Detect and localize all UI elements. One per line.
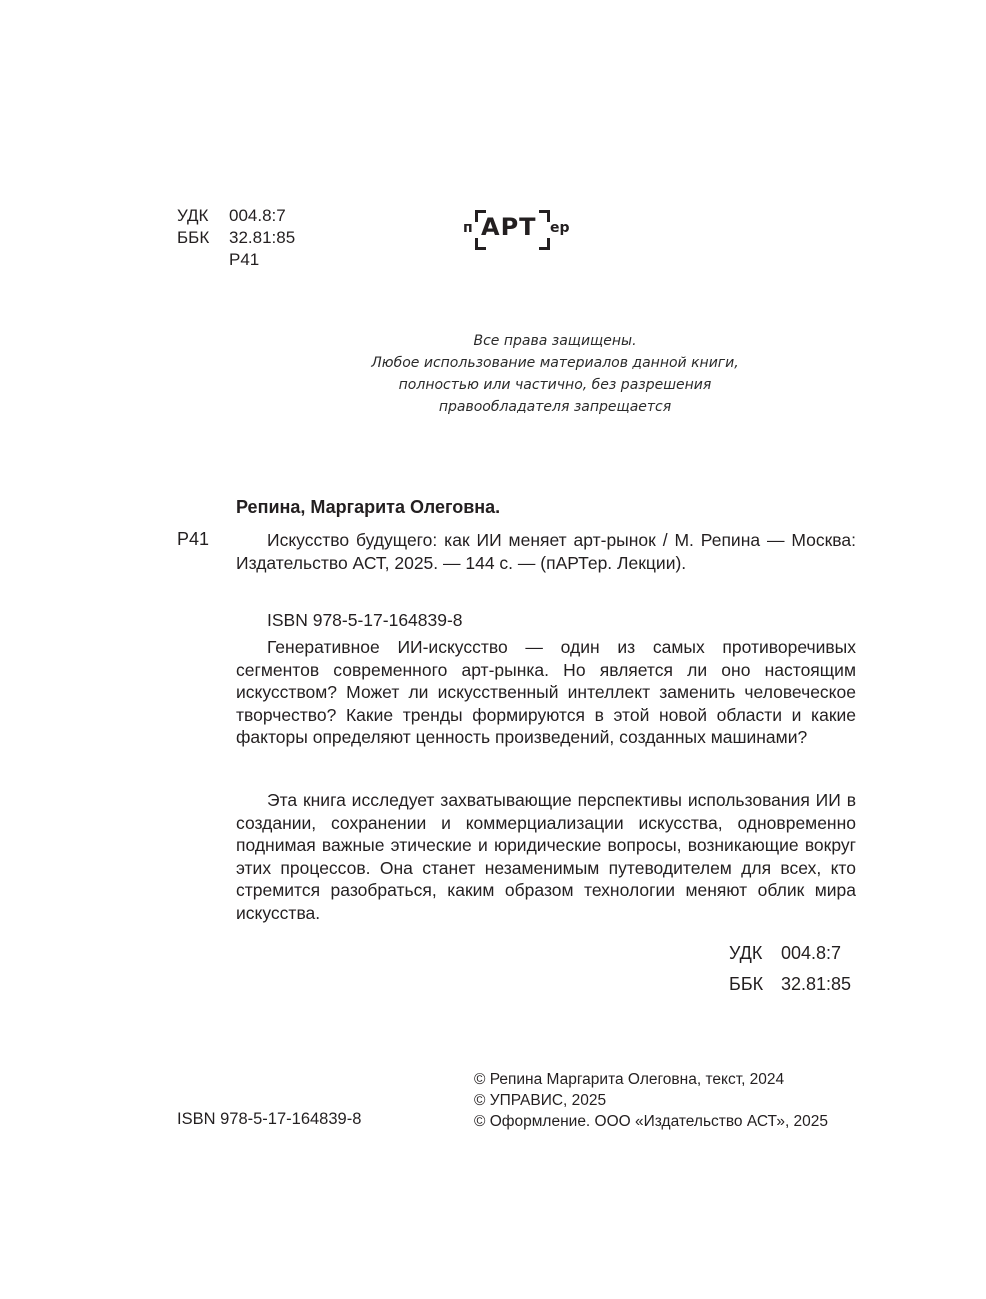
author-mark: Р41 <box>229 249 259 271</box>
udk-row: УДК 004.8:7 <box>729 938 851 969</box>
bbk-label: ББК <box>177 227 229 249</box>
copyright-line: © Оформление. ООО «Издательство АСТ», 20… <box>474 1111 828 1132</box>
bbk-value: 32.81:85 <box>781 969 851 1000</box>
logo-suffix: ер <box>550 220 570 236</box>
logo-main: АРТ <box>481 213 537 241</box>
udk-row: УДК 004.8:7 <box>177 205 295 227</box>
author-heading: Репина, Маргарита Олеговна. <box>236 497 500 518</box>
author-mark-card: Р41 <box>177 529 209 550</box>
title-description: Искусство будущего: как ИИ меняет арт-ры… <box>236 529 856 574</box>
rights-line: Любое использование материалов данной кн… <box>340 352 770 374</box>
rights-notice: Все права защищены. Любое использование … <box>340 330 770 418</box>
copyright-line: © УПРАВИС, 2025 <box>474 1090 828 1111</box>
copyright-line: © Репина Маргарита Олеговна, текст, 2024 <box>474 1069 828 1090</box>
rights-line: полностью или частично, без разрешения <box>340 374 770 396</box>
bbk-row: ББК 32.81:85 <box>177 227 295 249</box>
annotation-paragraph-2: Эта книга исследует захватывающие перспе… <box>236 789 856 925</box>
isbn-footer: ISBN 978-5-17-164839-8 <box>177 1110 361 1129</box>
bbk-label: ББК <box>729 969 781 1000</box>
classification-codes-bottom: УДК 004.8:7 ББК 32.81:85 <box>729 938 851 1000</box>
rights-line: Все права защищены. <box>340 330 770 352</box>
bracket-icon <box>539 210 550 222</box>
bbk-row: ББК 32.81:85 <box>729 969 851 1000</box>
bracket-icon <box>539 238 550 250</box>
udk-value: 004.8:7 <box>229 205 286 227</box>
isbn-card: ISBN 978-5-17-164839-8 <box>267 610 463 631</box>
logo-prefix: п <box>463 220 473 236</box>
udk-label: УДК <box>729 938 781 969</box>
classification-codes-top: УДК 004.8:7 ББК 32.81:85 Р41 <box>177 205 295 271</box>
author-mark-row: Р41 <box>177 249 295 271</box>
publisher-logo: п АРТ ер <box>463 208 573 248</box>
copyright-block: © Репина Маргарита Олеговна, текст, 2024… <box>474 1069 828 1132</box>
udk-label: УДК <box>177 205 229 227</box>
annotation-paragraph-1: Генеративное ИИ-искусство — один из самы… <box>236 636 856 749</box>
bbk-value: 32.81:85 <box>229 227 295 249</box>
udk-value: 004.8:7 <box>781 938 841 969</box>
rights-line: правообладателя запрещается <box>340 396 770 418</box>
